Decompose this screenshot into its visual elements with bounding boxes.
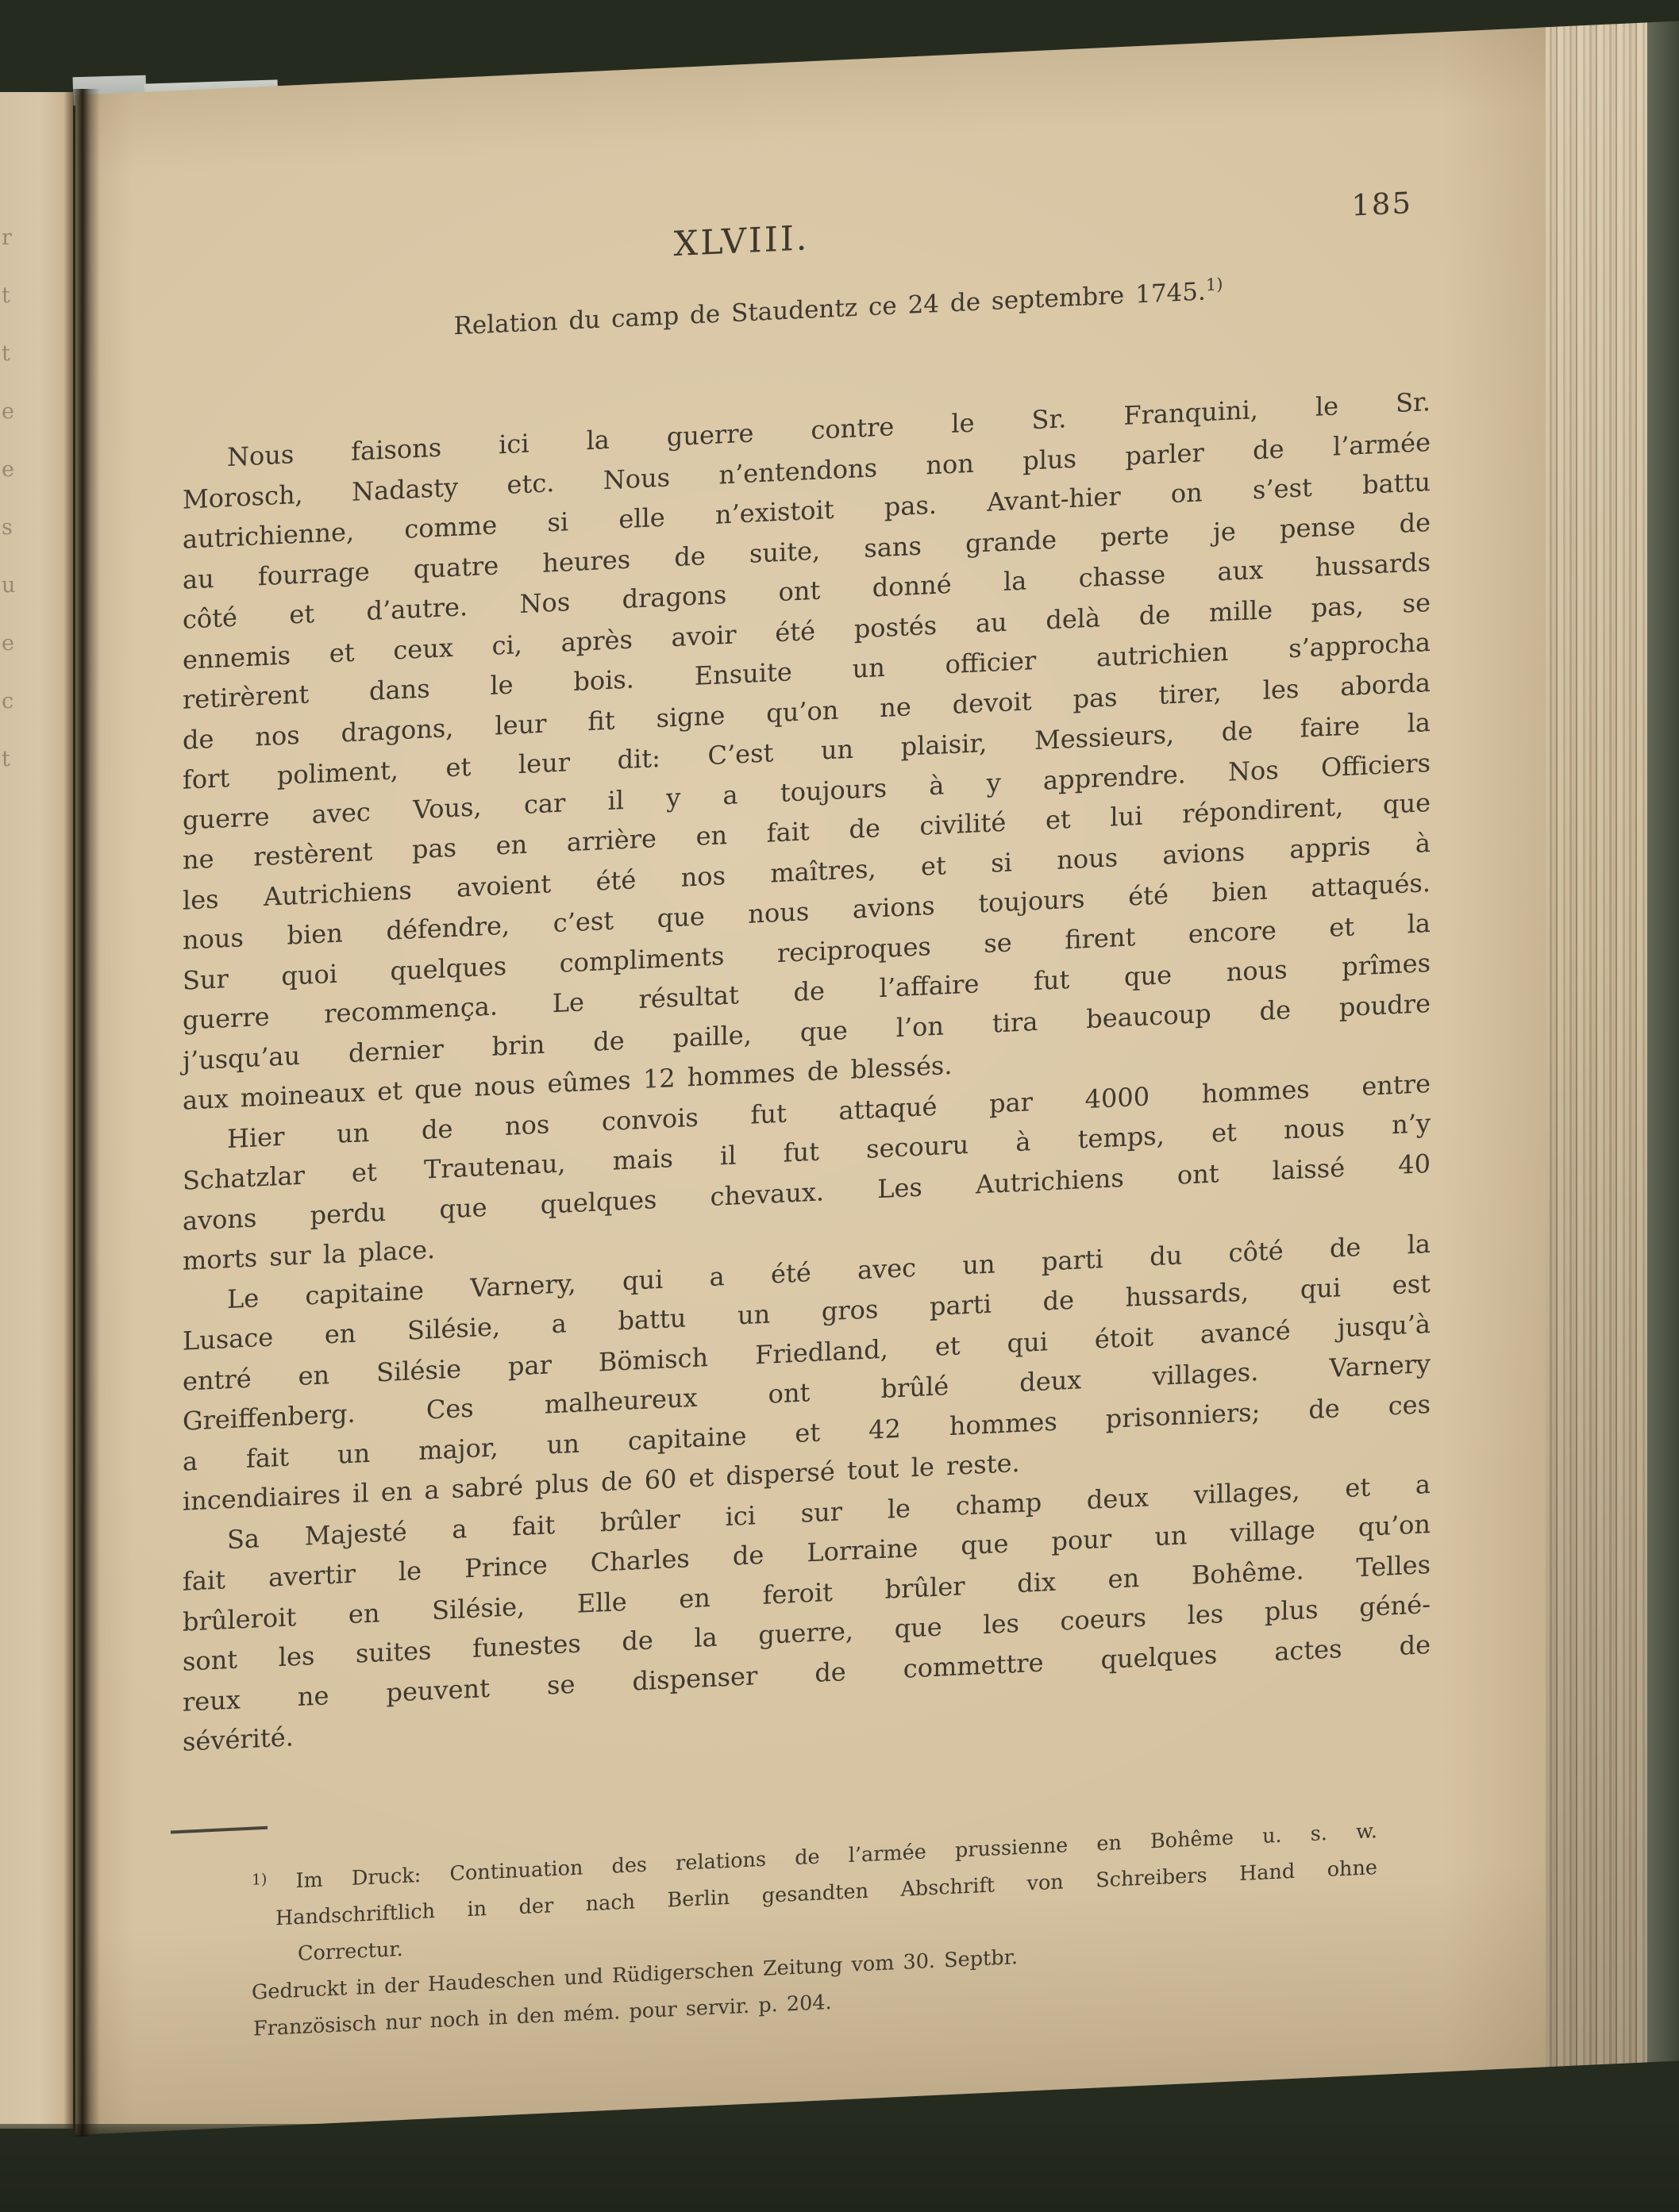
gutter-shadow bbox=[64, 89, 100, 2137]
text-fragment: e bbox=[2, 401, 25, 422]
footnote: 1) Im Druck: Continuation des relations … bbox=[275, 1810, 1377, 2046]
body-text: Nous faisons ici la guerre contre le Sr.… bbox=[183, 382, 1431, 1762]
scanned-book-photo: rtteesuect 185 XLVIII. Relation du camp … bbox=[0, 0, 1679, 2212]
text-fragment: u bbox=[2, 575, 25, 596]
footnote-divider bbox=[171, 1826, 268, 1834]
open-book: 185 XLVIII. Relation du camp de Staudent… bbox=[75, 20, 1679, 2135]
text-fragment: t bbox=[2, 285, 25, 306]
text-fragment: c bbox=[2, 691, 25, 712]
table-shadow bbox=[0, 2124, 1679, 2212]
book-page: 185 XLVIII. Relation du camp de Staudent… bbox=[75, 27, 1546, 2135]
fore-edge-shadow bbox=[1647, 20, 1679, 2063]
dateline-text: Relation du camp de Staudentz ce 24 de s… bbox=[454, 277, 1206, 340]
page-stack-fore-edge bbox=[1546, 22, 1647, 2067]
previous-page-edge: rtteesuect bbox=[0, 92, 73, 2129]
previous-page-text-fragments: rtteesuect bbox=[2, 227, 25, 770]
text-fragment: e bbox=[2, 633, 25, 654]
text-fragment: e bbox=[2, 459, 25, 480]
text-fragment: s bbox=[2, 517, 25, 538]
text-fragment: t bbox=[2, 343, 25, 364]
dateline-footnote-marker: 1) bbox=[1206, 274, 1223, 294]
footnote-marker: 1) bbox=[252, 1871, 267, 1889]
text-fragment: t bbox=[2, 748, 25, 770]
text-fragment: r bbox=[2, 227, 25, 248]
paragraph: Nous faisons ici la guerre contre le Sr.… bbox=[183, 382, 1431, 1121]
